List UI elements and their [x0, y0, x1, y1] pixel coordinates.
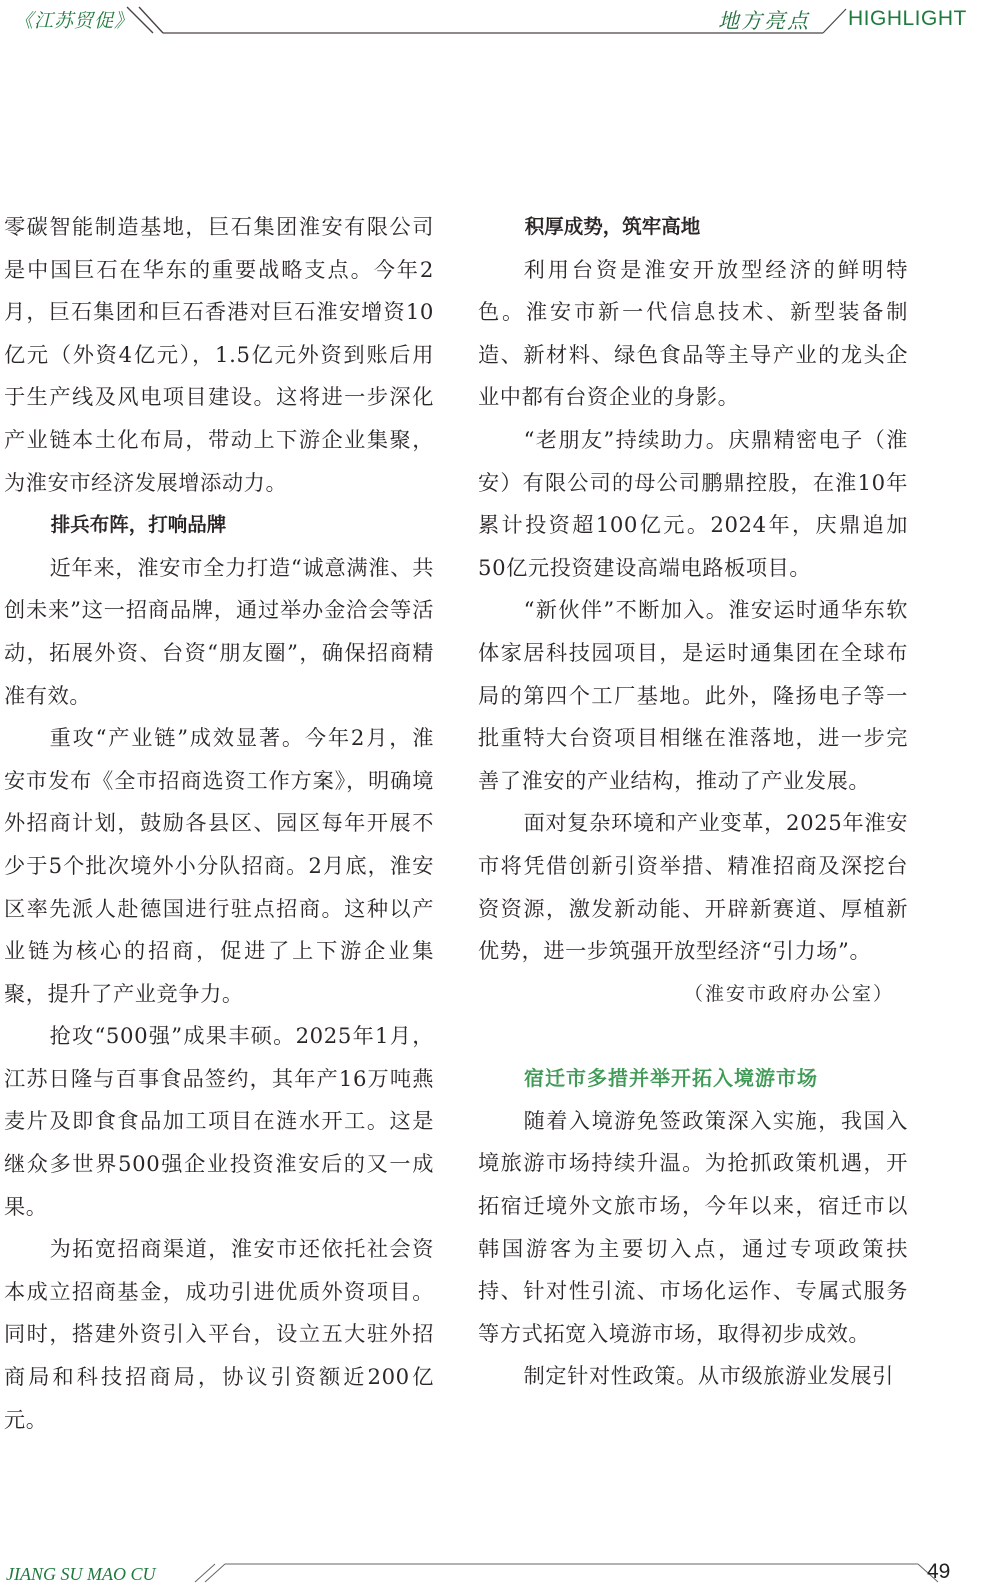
paragraph: 近年来，淮安市全力打造“诚意满淮、共创未来”这一招商品牌，通过举办金洽会等活动，…	[4, 547, 434, 717]
paragraph: 抢攻“500强”成果丰硕。2025年1月，江苏日隆与百事食品签约，其年产16万吨…	[4, 1015, 434, 1228]
paragraph: 重攻“产业链”成效显著。今年2月，淮安市发布《全市招商选资工作方案》，明确境外招…	[4, 717, 434, 1015]
paragraph: 制定针对性政策。从市级旅游业发展引	[478, 1355, 908, 1398]
paragraph: 面对复杂环境和产业变革，2025年淮安市将凭借创新引资举措、精准招商及深挖台资资…	[478, 802, 908, 972]
paragraph: 随着入境游免签政策深入实施，我国入境旅游市场持续升温。为抢抓政策机遇，开拓宿迁境…	[478, 1100, 908, 1356]
right-column: 积厚成势，筑牢高地 利用台资是淮安开放型经济的鲜明特色。淮安市新一代信息技术、新…	[478, 206, 908, 1398]
article-credit: （淮安市政府办公室）	[478, 973, 908, 1016]
footer-rule	[195, 1564, 938, 1582]
spacer	[478, 1015, 908, 1057]
subheading: 积厚成势，筑牢高地	[478, 206, 908, 249]
article-title: 宿迁市多措并举开拓入境游市场	[478, 1057, 908, 1100]
left-column: 零碳智能制造基地，巨石集团淮安有限公司是中国巨石在华东的重要战略支点。今年2月，…	[4, 206, 434, 1441]
subheading: 排兵布阵，打响品牌	[4, 504, 434, 547]
page-number: 49	[927, 1560, 950, 1584]
paragraph: 利用台资是淮安开放型经济的鲜明特色。淮安市新一代信息技术、新型装备制造、新材料、…	[478, 249, 908, 419]
footer-magazine-name: JIANG SU MAO CU	[6, 1564, 155, 1585]
paragraph: “新伙伴”不断加入。淮安运时通华东软体家居科技园项目，是运时通集团在全球布局的第…	[478, 589, 908, 802]
header-rule	[127, 7, 846, 33]
paragraph: 零碳智能制造基地，巨石集团淮安有限公司是中国巨石在华东的重要战略支点。今年2月，…	[4, 206, 434, 504]
paragraph: “老朋友”持续助力。庆鼎精密电子（淮安）有限公司的母公司鹏鼎控股，在淮10年累计…	[478, 419, 908, 589]
paragraph: 为拓宽招商渠道，淮安市还依托社会资本成立招商基金，成功引进优质外资项目。同时，搭…	[4, 1228, 434, 1441]
